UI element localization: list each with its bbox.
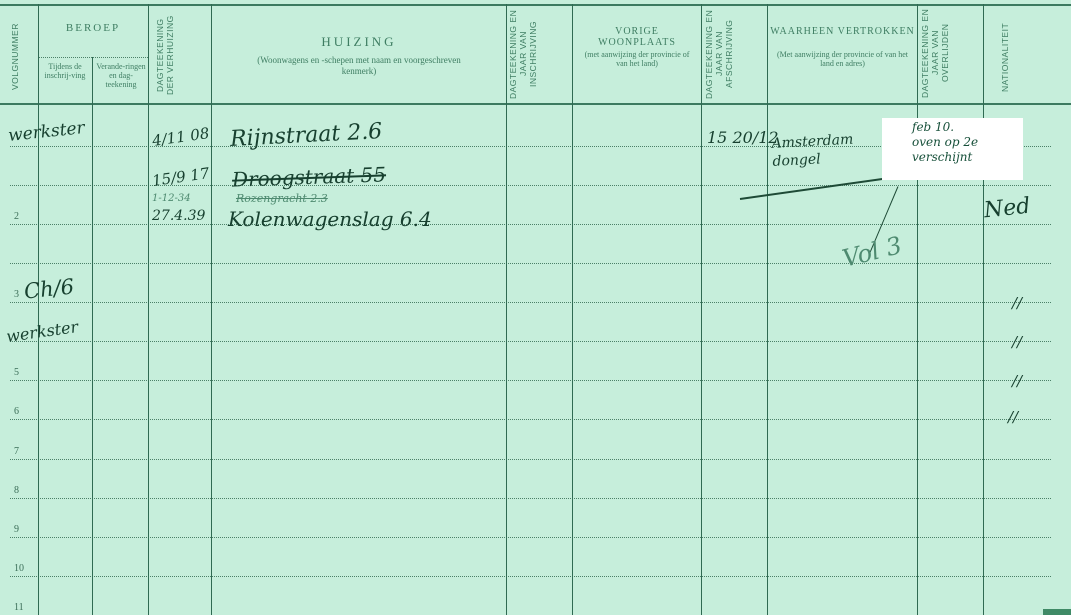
- row-number: 2: [14, 211, 38, 222]
- handwritten-nationaliteit: Ned: [983, 194, 1032, 224]
- col-line: [148, 4, 149, 615]
- header-beroep: BEROEP: [40, 22, 146, 34]
- col-line: [211, 4, 212, 615]
- col-line: [983, 4, 984, 615]
- row-line: [10, 224, 1051, 225]
- handwritten-date: 27.4.39: [152, 208, 205, 224]
- col-line: [701, 4, 702, 615]
- row-number: 7: [14, 446, 38, 457]
- handwritten-beroep-change: Ch/6: [23, 274, 75, 303]
- col-line: [767, 4, 768, 615]
- row-number: 6: [14, 406, 38, 417]
- top-rule: [0, 4, 1071, 6]
- header-nationaliteit: NATIONALITEIT: [1000, 14, 1030, 100]
- header-dagteekening-overlijden: DAGTEEKENING EN JAAR VAN OVERLIJDEN: [920, 6, 980, 100]
- row-number: 9: [14, 524, 38, 535]
- row-line: [10, 302, 1051, 303]
- ditto-mark: //: [1012, 333, 1022, 351]
- row-number: 8: [14, 485, 38, 496]
- handwritten-address-struck: Rozengracht 2.3: [236, 192, 328, 205]
- header-bottom-rule: [0, 103, 1071, 105]
- row-line: [10, 498, 1051, 499]
- header-huizing-subtitle: (Woonwagens en -schepen met naam en voor…: [250, 55, 468, 77]
- row-line: [10, 341, 1051, 342]
- note-line: feb 10.: [912, 120, 978, 135]
- handwritten-date: 1-12-34: [152, 193, 191, 204]
- col-line: [572, 4, 573, 615]
- header-beroep-veranderingen: Verande-ringen en dag-teekening: [94, 62, 148, 89]
- header-vorige-woonplaats: VORIGE WOONPLAATS: [576, 26, 698, 48]
- header-huizing: HUIZING: [215, 34, 503, 50]
- ditto-mark: //: [1012, 372, 1022, 390]
- header-dagteekening-verhuizing: DAGTEEKENING DER VERHUIZING: [155, 10, 205, 100]
- header-waarheen-subtitle: (Met aanwijzing der provincie of van het…: [772, 50, 913, 68]
- handwritten-date: 15/9 17: [151, 164, 210, 190]
- row-number: 5: [14, 367, 38, 378]
- row-number: 11: [14, 602, 38, 613]
- handwritten-overlijden-note: feb 10. oven op 2e verschijnt: [912, 120, 978, 165]
- row-line: [10, 537, 1051, 538]
- row-line: [10, 263, 1051, 264]
- header-beroep-tijdens: Tijdens de inschrij-ving: [40, 62, 90, 80]
- strike-line: [740, 177, 889, 200]
- ditto-mark: //: [1008, 408, 1018, 426]
- handwritten-address-struck: Droogstraat 55: [232, 162, 387, 191]
- register-sheet: VOLGNUMMER BEROEP Tijdens de inschrij-vi…: [0, 0, 1071, 615]
- handwritten-afschrijving-date: 15 20/12: [707, 128, 779, 147]
- header-volgnummer: VOLGNUMMER: [10, 14, 32, 100]
- header-dagteekening-inschrijving: DAGTEEKENING EN JAAR VAN INSCHRIJVING: [508, 8, 570, 100]
- handwritten-waarheen: Amsterdam dongel: [771, 129, 883, 171]
- row-line: [10, 380, 1051, 381]
- handwritten-beroep: werkster: [7, 118, 85, 146]
- row-line: [10, 459, 1051, 460]
- col-line: [38, 4, 39, 615]
- row-line: [10, 576, 1051, 577]
- header-vorige-woonplaats-subtitle: (met aanwijzing der provincie of van het…: [580, 50, 694, 68]
- corner-mark: [1043, 609, 1071, 615]
- note-line: verschijnt: [912, 150, 978, 165]
- col-line: [917, 4, 918, 615]
- row-line: [10, 419, 1051, 420]
- note-line: oven op 2e: [912, 135, 978, 150]
- header-dagteekening-afschrijving: DAGTEEKENING EN JAAR VAN AFSCHRIJVING: [704, 8, 764, 100]
- ditto-mark: //: [1012, 294, 1022, 312]
- col-line: [506, 4, 507, 615]
- handwritten-address: Kolenwagenslag 6.4: [228, 207, 432, 231]
- handwritten-margin-note: Vol 3: [840, 231, 905, 273]
- col-line: [92, 57, 93, 615]
- beroep-sub-rule: [38, 57, 148, 58]
- row-number: 10: [14, 563, 38, 574]
- header-waarheen-vertrokken: WAARHEEN VERTROKKEN: [770, 26, 915, 37]
- handwritten-address: Rijnstraat 2.6: [229, 119, 382, 152]
